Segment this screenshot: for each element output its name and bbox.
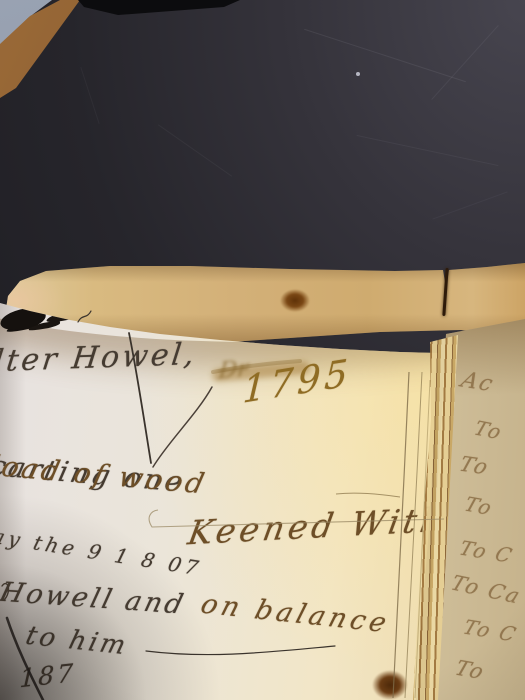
- entry-date: ay the 9 1 8 07: [0, 524, 205, 580]
- account-holder-name: lter Howel,: [0, 337, 199, 379]
- entry-number: 187: [19, 658, 76, 693]
- surface-scratch: [304, 29, 466, 82]
- photo-antique-ledger: Ac To To To To C To Ca To C To lter Howe…: [0, 0, 525, 700]
- stain-spot-bottom: [372, 670, 408, 700]
- surface-scratch: [431, 25, 499, 100]
- entry-part-brown: load of wood: [0, 449, 210, 500]
- surface-scratch: [80, 67, 99, 124]
- entry-balance: on balance: [197, 589, 393, 639]
- surface-scratch: [356, 135, 498, 166]
- year-label: 1795: [242, 351, 353, 412]
- surface-scratch: [158, 124, 232, 176]
- stain-spot-top: [280, 289, 310, 312]
- surface-scratch: [432, 191, 508, 219]
- entry-to-him: to him: [23, 621, 132, 661]
- entry-howell: Howell and: [0, 577, 189, 620]
- entry-reckoned-phrase: Keened With: [185, 500, 449, 553]
- dust-speck: [356, 72, 360, 76]
